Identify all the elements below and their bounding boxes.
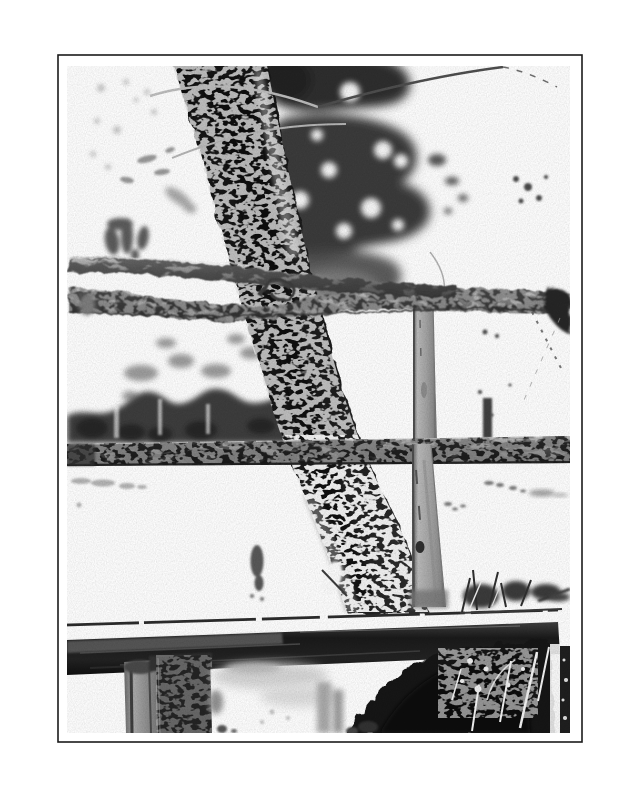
page: Monochrome photograph of a rustic pole f… xyxy=(0,0,638,800)
photo-area xyxy=(60,52,576,735)
photograph: Monochrome photograph of a rustic pole f… xyxy=(0,0,638,800)
film-grain-overlay xyxy=(67,66,570,733)
